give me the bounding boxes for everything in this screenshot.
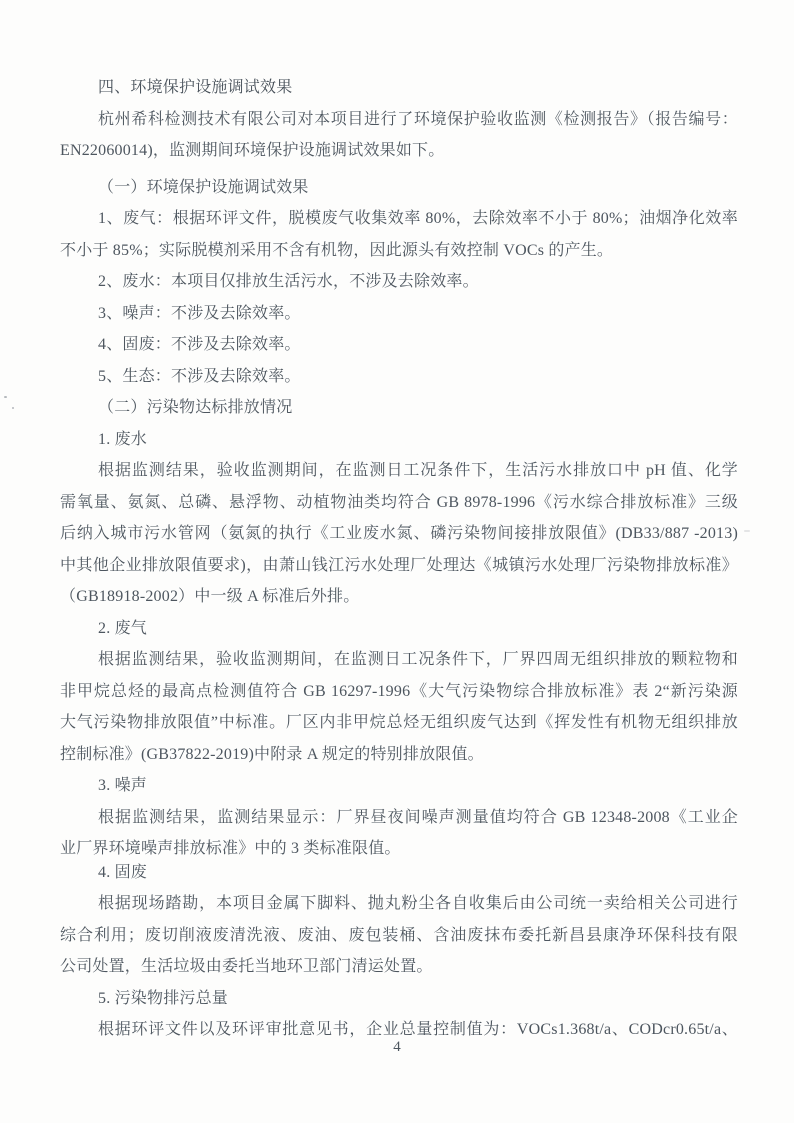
doc-line: 3. 噪声 (60, 770, 738, 802)
paragraph: 根据现场踏勘，本项目金属下脚料、抛丸粉尘各自收集后由公司统一卖给相关公司进行综合… (60, 888, 738, 983)
doc-line: EN22060014)，监测期间环境保护设施调试效果如下。 (60, 135, 738, 167)
heading-3: 3. 噪声 (60, 770, 738, 802)
doc-line: 控制标准》(GB37822-2019)中附录 A 规定的特别排放限值。 (60, 739, 738, 771)
heading-1: 四、环境保护设施调试效果 (60, 72, 738, 104)
paragraph: 1、废气：根据环评文件，脱模废气收集效率 80%，去除效率不小于 80%；油烟净… (60, 203, 738, 266)
paragraph: 5、生态：不涉及去除效率。 (60, 361, 738, 393)
scan-speck (12, 407, 14, 409)
doc-line: 4、固废：不涉及去除效率。 (60, 329, 738, 361)
doc-line: 根据现场踏勘，本项目金属下脚料、抛丸粉尘各自收集后由公司统一卖给相关公司进行 (60, 888, 738, 920)
heading-2: （二）污染物达标排放情况 (60, 392, 738, 424)
document-body: 四、环境保护设施调试效果杭州希科检测技术有限公司对本项目进行了环境保护验收监测《… (60, 72, 738, 1046)
paragraph: 根据监测结果，监测结果显示：厂界昼夜间噪声测量值均符合 GB 12348-200… (60, 802, 738, 865)
scanned-document-page: 四、环境保护设施调试效果杭州希科检测技术有限公司对本项目进行了环境保护验收监测《… (0, 0, 794, 1123)
doc-line: 2. 废气 (60, 613, 738, 645)
paragraph: 3、噪声：不涉及去除效率。 (60, 298, 738, 330)
doc-line: 后纳入城市污水管网（氨氮的执行《工业废水氮、磷污染物间接排放限值》(DB33/8… (60, 518, 738, 550)
doc-line: 需氧量、氨氮、总磷、悬浮物、动植物油类均符合 GB 8978-1996《污水综合… (60, 487, 738, 519)
heading-3: 1. 废水 (60, 424, 738, 456)
doc-line: 5. 污染物排污总量 (60, 983, 738, 1015)
scan-speck (744, 530, 750, 532)
doc-line: 1. 废水 (60, 424, 738, 456)
doc-line: 5、生态：不涉及去除效率。 (60, 361, 738, 393)
doc-line: 公司处置，生活垃圾由委托当地环卫部门清运处置。 (60, 951, 738, 983)
paragraph: 根据监测结果，验收监测期间，在监测日工况条件下，厂界四周无组织排放的颗粒物和非甲… (60, 644, 738, 770)
doc-line: 四、环境保护设施调试效果 (60, 72, 738, 104)
heading-3: 2. 废气 (60, 613, 738, 645)
doc-line: 不小于 85%；实际脱模剂采用不含有机物，因此源头有效控制 VOCs 的产生。 (60, 235, 738, 267)
paragraph: 杭州希科检测技术有限公司对本项目进行了环境保护验收监测《检测报告》（报告编号：E… (60, 104, 738, 167)
doc-line: 大气污染物排放限值”中标准。厂区内非甲烷总烃无组织废气达到《挥发性有机物无组织排… (60, 707, 738, 739)
scan-speck (4, 396, 7, 398)
doc-line: 中其他企业排放限值要求)，由萧山钱江污水处理厂处理达《城镇污水处理厂污染物排放标… (60, 550, 738, 582)
doc-line: 根据监测结果，验收监测期间，在监测日工况条件下，厂界四周无组织排放的颗粒物和 (60, 644, 738, 676)
doc-line: （二）污染物达标排放情况 (60, 392, 738, 424)
paragraph: 2、废水：本项目仅排放生活污水，不涉及去除效率。 (60, 266, 738, 298)
paragraph: 4、固废：不涉及去除效率。 (60, 329, 738, 361)
doc-line: 根据监测结果，验收监测期间，在监测日工况条件下，生活污水排放口中 pH 值、化学 (60, 455, 738, 487)
paragraph: 根据监测结果，验收监测期间，在监测日工况条件下，生活污水排放口中 pH 值、化学… (60, 455, 738, 613)
doc-line: 3、噪声：不涉及去除效率。 (60, 298, 738, 330)
page-number: 4 (0, 1036, 794, 1058)
heading-2: （一）环境保护设施调试效果 (60, 172, 738, 204)
doc-line: 综合利用；废切削液废清洗液、废油、废包装桶、含油废抹布委托新昌县康净环保科技有限 (60, 920, 738, 952)
doc-line: （GB18918-2002）中一级 A 标准后外排。 (60, 581, 738, 613)
doc-line: 2、废水：本项目仅排放生活污水，不涉及去除效率。 (60, 266, 738, 298)
doc-line: 杭州希科检测技术有限公司对本项目进行了环境保护验收监测《检测报告》（报告编号： (60, 104, 738, 136)
doc-line: 1、废气：根据环评文件，脱模废气收集效率 80%，去除效率不小于 80%；油烟净… (60, 203, 738, 235)
heading-3: 5. 污染物排污总量 (60, 983, 738, 1015)
doc-line: 非甲烷总烃的最高点检测值符合 GB 16297-1996《大气污染物综合排放标准… (60, 676, 738, 708)
doc-line: （一）环境保护设施调试效果 (60, 172, 738, 204)
doc-line: 根据监测结果，监测结果显示：厂界昼夜间噪声测量值均符合 GB 12348-200… (60, 802, 738, 834)
